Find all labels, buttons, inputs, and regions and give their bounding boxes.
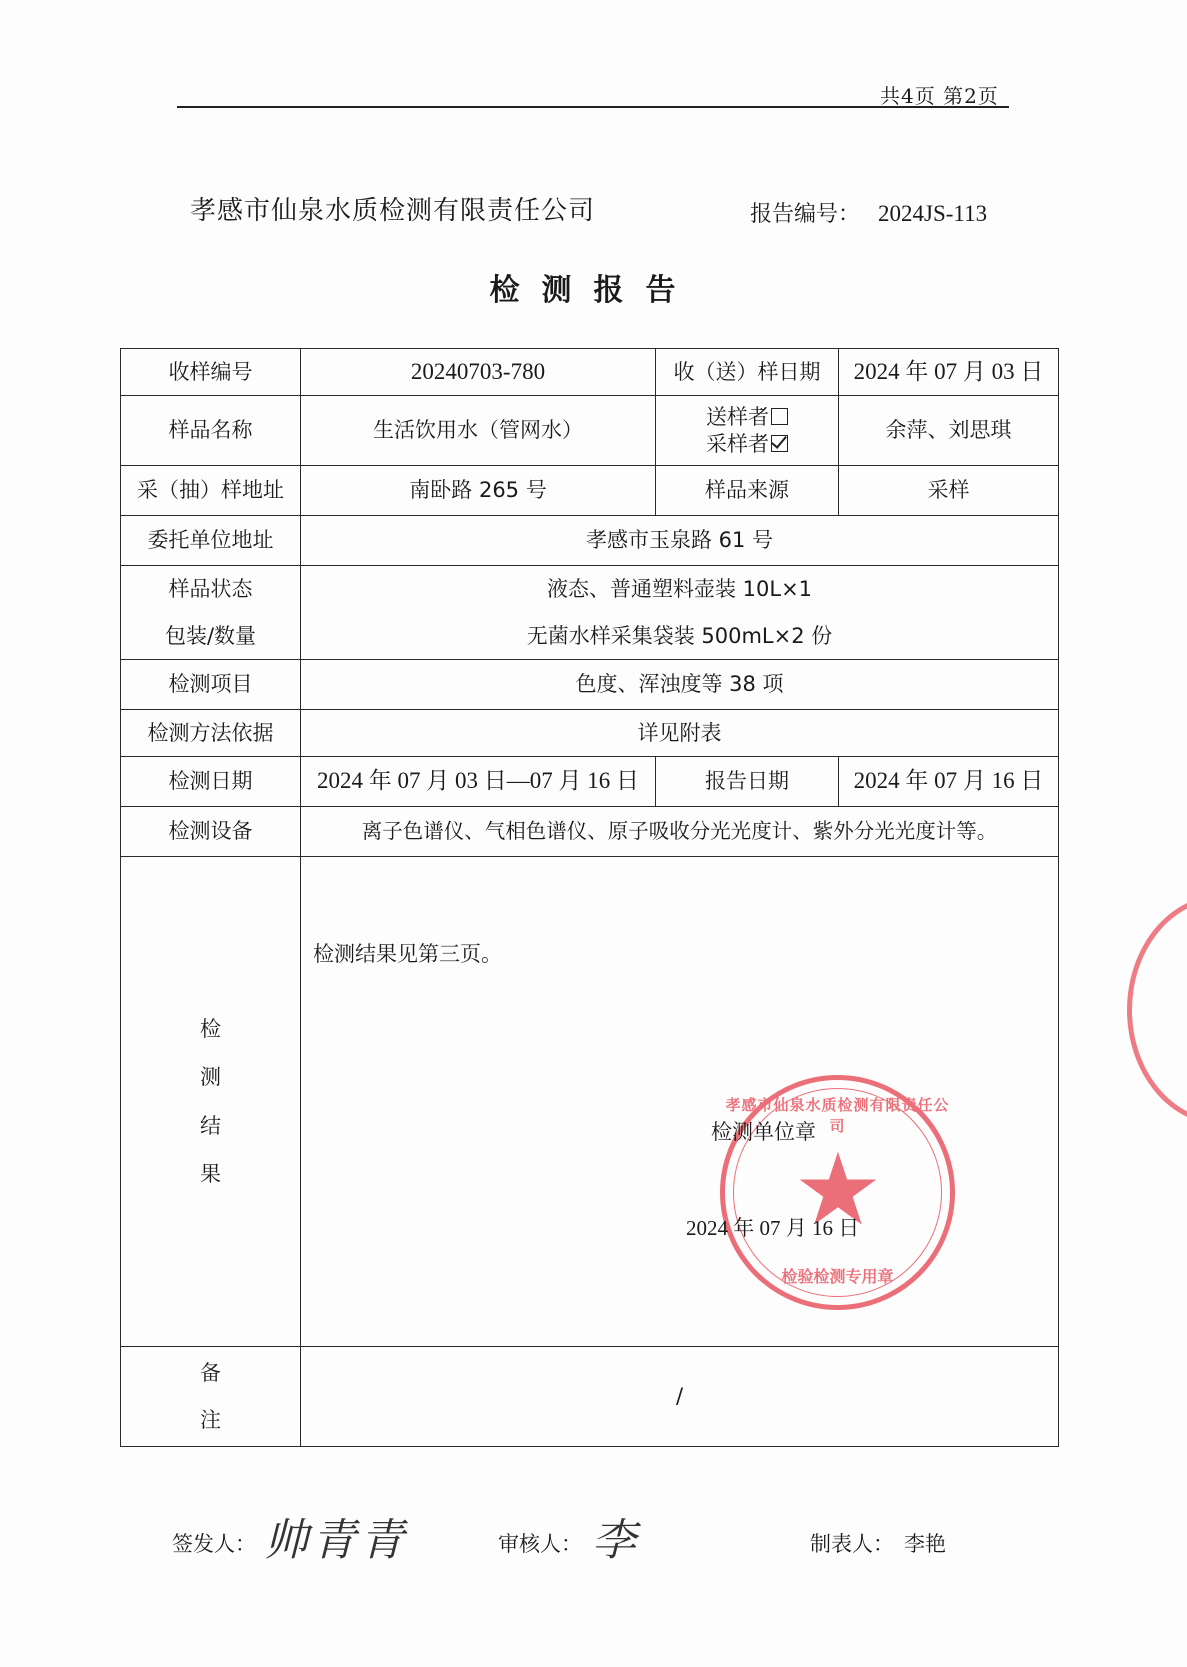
sender-sampler-cell: 送样者 采样者 [656, 396, 839, 466]
row-client-address: 委托单位地址 孝感市玉泉路 61 号 [121, 516, 1059, 566]
row-test-date: 检测日期 2024 年 07 月 03 日—07 月 16 日 报告日期 202… [121, 757, 1059, 807]
preparer-label: 制表人： [810, 1528, 894, 1558]
result-text: 检测结果见第三页。 [313, 941, 502, 967]
report-number-value: 2024JS-113 [878, 201, 987, 226]
preparer-name: 李艳 [904, 1528, 946, 1558]
equipment-value: 离子色谱仪、气相色谱仪、原子吸收分光光度计、紫外分光光度计等。 [301, 807, 1059, 857]
sampling-address-label: 采（抽）样地址 [121, 466, 301, 516]
report-date-label: 报告日期 [656, 757, 839, 807]
sender-label: 送样者 [706, 405, 769, 429]
result-label: 检 测 结 果 [121, 857, 301, 1347]
method-value: 详见附表 [301, 710, 1059, 757]
row-sampling-address: 采（抽）样地址 南卧路 265 号 样品来源 采样 [121, 466, 1059, 516]
packaging-label: 包装/数量 [125, 613, 296, 659]
sample-state-value-cell: 液态、普通塑料壶装 10L×1 无菌水样采集袋装 500mL×2 份 [301, 566, 1059, 660]
reviewer-label: 审核人： [498, 1528, 582, 1558]
row-method: 检测方法依据 详见附表 [121, 710, 1059, 757]
receive-date-label: 收（送）样日期 [656, 349, 839, 396]
sampler-label: 采样者 [706, 432, 769, 456]
test-items-value: 色度、浑浊度等 38 项 [301, 660, 1059, 710]
remark-label-char-1: 备 [125, 1350, 296, 1396]
remark-label-char-2: 注 [125, 1397, 296, 1443]
client-address-value: 孝感市玉泉路 61 号 [301, 516, 1059, 566]
official-seal: 孝感市仙泉水质检测有限责任公司 ★ 检验检测专用章 [720, 1075, 955, 1310]
remark-label: 备 注 [121, 1347, 301, 1447]
report-number: 报告编号：2024JS-113 [750, 197, 987, 228]
issuer-label: 签发人： [172, 1528, 256, 1558]
row-equipment: 检测设备 离子色谱仪、气相色谱仪、原子吸收分光光度计、紫外分光光度计等。 [121, 807, 1059, 857]
partial-seal-edge [1127, 895, 1187, 1125]
reviewer-signature: 李 [592, 1504, 640, 1568]
sample-source-value: 采样 [839, 466, 1059, 516]
issuer-signature: 帅青青 [264, 1504, 408, 1568]
test-date-label: 检测日期 [121, 757, 301, 807]
receive-date-value: 2024 年 07 月 03 日 [839, 349, 1059, 396]
method-label: 检测方法依据 [121, 710, 301, 757]
sample-state-line-1: 液态、普通塑料壶装 10L×1 [305, 566, 1054, 612]
sample-state-label: 样品状态 [125, 566, 296, 612]
seal-date: 2024 年 07 月 16 日 [686, 1215, 859, 1241]
result-label-char-1: 检 [125, 1016, 296, 1042]
sample-state-label-cell: 样品状态 包装/数量 [121, 566, 301, 660]
result-label-char-3: 结 [125, 1113, 296, 1139]
document-title: 检测报告 [0, 265, 1187, 309]
page-number: 共4页 第2页 [880, 80, 999, 109]
sample-source-label: 样品来源 [656, 466, 839, 516]
row-sample-state: 样品状态 包装/数量 液态、普通塑料壶装 10L×1 无菌水样采集袋装 500m… [121, 566, 1059, 660]
result-label-char-2: 测 [125, 1064, 296, 1090]
test-items-label: 检测项目 [121, 660, 301, 710]
sampler-checkbox[interactable] [771, 435, 788, 452]
seal-label: 检测单位章 [711, 1119, 816, 1145]
equipment-label: 检测设备 [121, 807, 301, 857]
row-sample-name: 样品名称 生活饮用水（管网水） 送样者 采样者 余萍、刘思琪 [121, 396, 1059, 466]
samplers-value: 余萍、刘思琪 [839, 396, 1059, 466]
report-number-label: 报告编号： [750, 202, 860, 227]
sample-no-value: 20240703-780 [301, 349, 656, 396]
seal-bottom-text: 检验检测专用章 [725, 1264, 950, 1287]
company-name: 孝感市仙泉水质检测有限责任公司 [190, 190, 595, 227]
row-test-items: 检测项目 色度、浑浊度等 38 项 [121, 660, 1059, 710]
sample-name-label: 样品名称 [121, 396, 301, 466]
header-divider [177, 106, 1009, 108]
signature-block: 签发人： 帅青青 审核人： 李 制表人： 李艳 [172, 1510, 972, 1580]
client-address-label: 委托单位地址 [121, 516, 301, 566]
sender-checkbox[interactable] [771, 408, 788, 425]
report-date-value: 2024 年 07 月 16 日 [839, 757, 1059, 807]
sample-name-value: 生活饮用水（管网水） [301, 396, 656, 466]
test-date-value: 2024 年 07 月 03 日—07 月 16 日 [301, 757, 656, 807]
result-label-char-4: 果 [125, 1161, 296, 1187]
row-remark: 备 注 / [121, 1347, 1059, 1447]
sampling-address-value: 南卧路 265 号 [301, 466, 656, 516]
sample-no-label: 收样编号 [121, 349, 301, 396]
remark-value: / [301, 1347, 1059, 1447]
sample-state-line-2: 无菌水样采集袋装 500mL×2 份 [305, 613, 1054, 659]
row-sample-no: 收样编号 20240703-780 收（送）样日期 2024 年 07 月 03… [121, 349, 1059, 396]
